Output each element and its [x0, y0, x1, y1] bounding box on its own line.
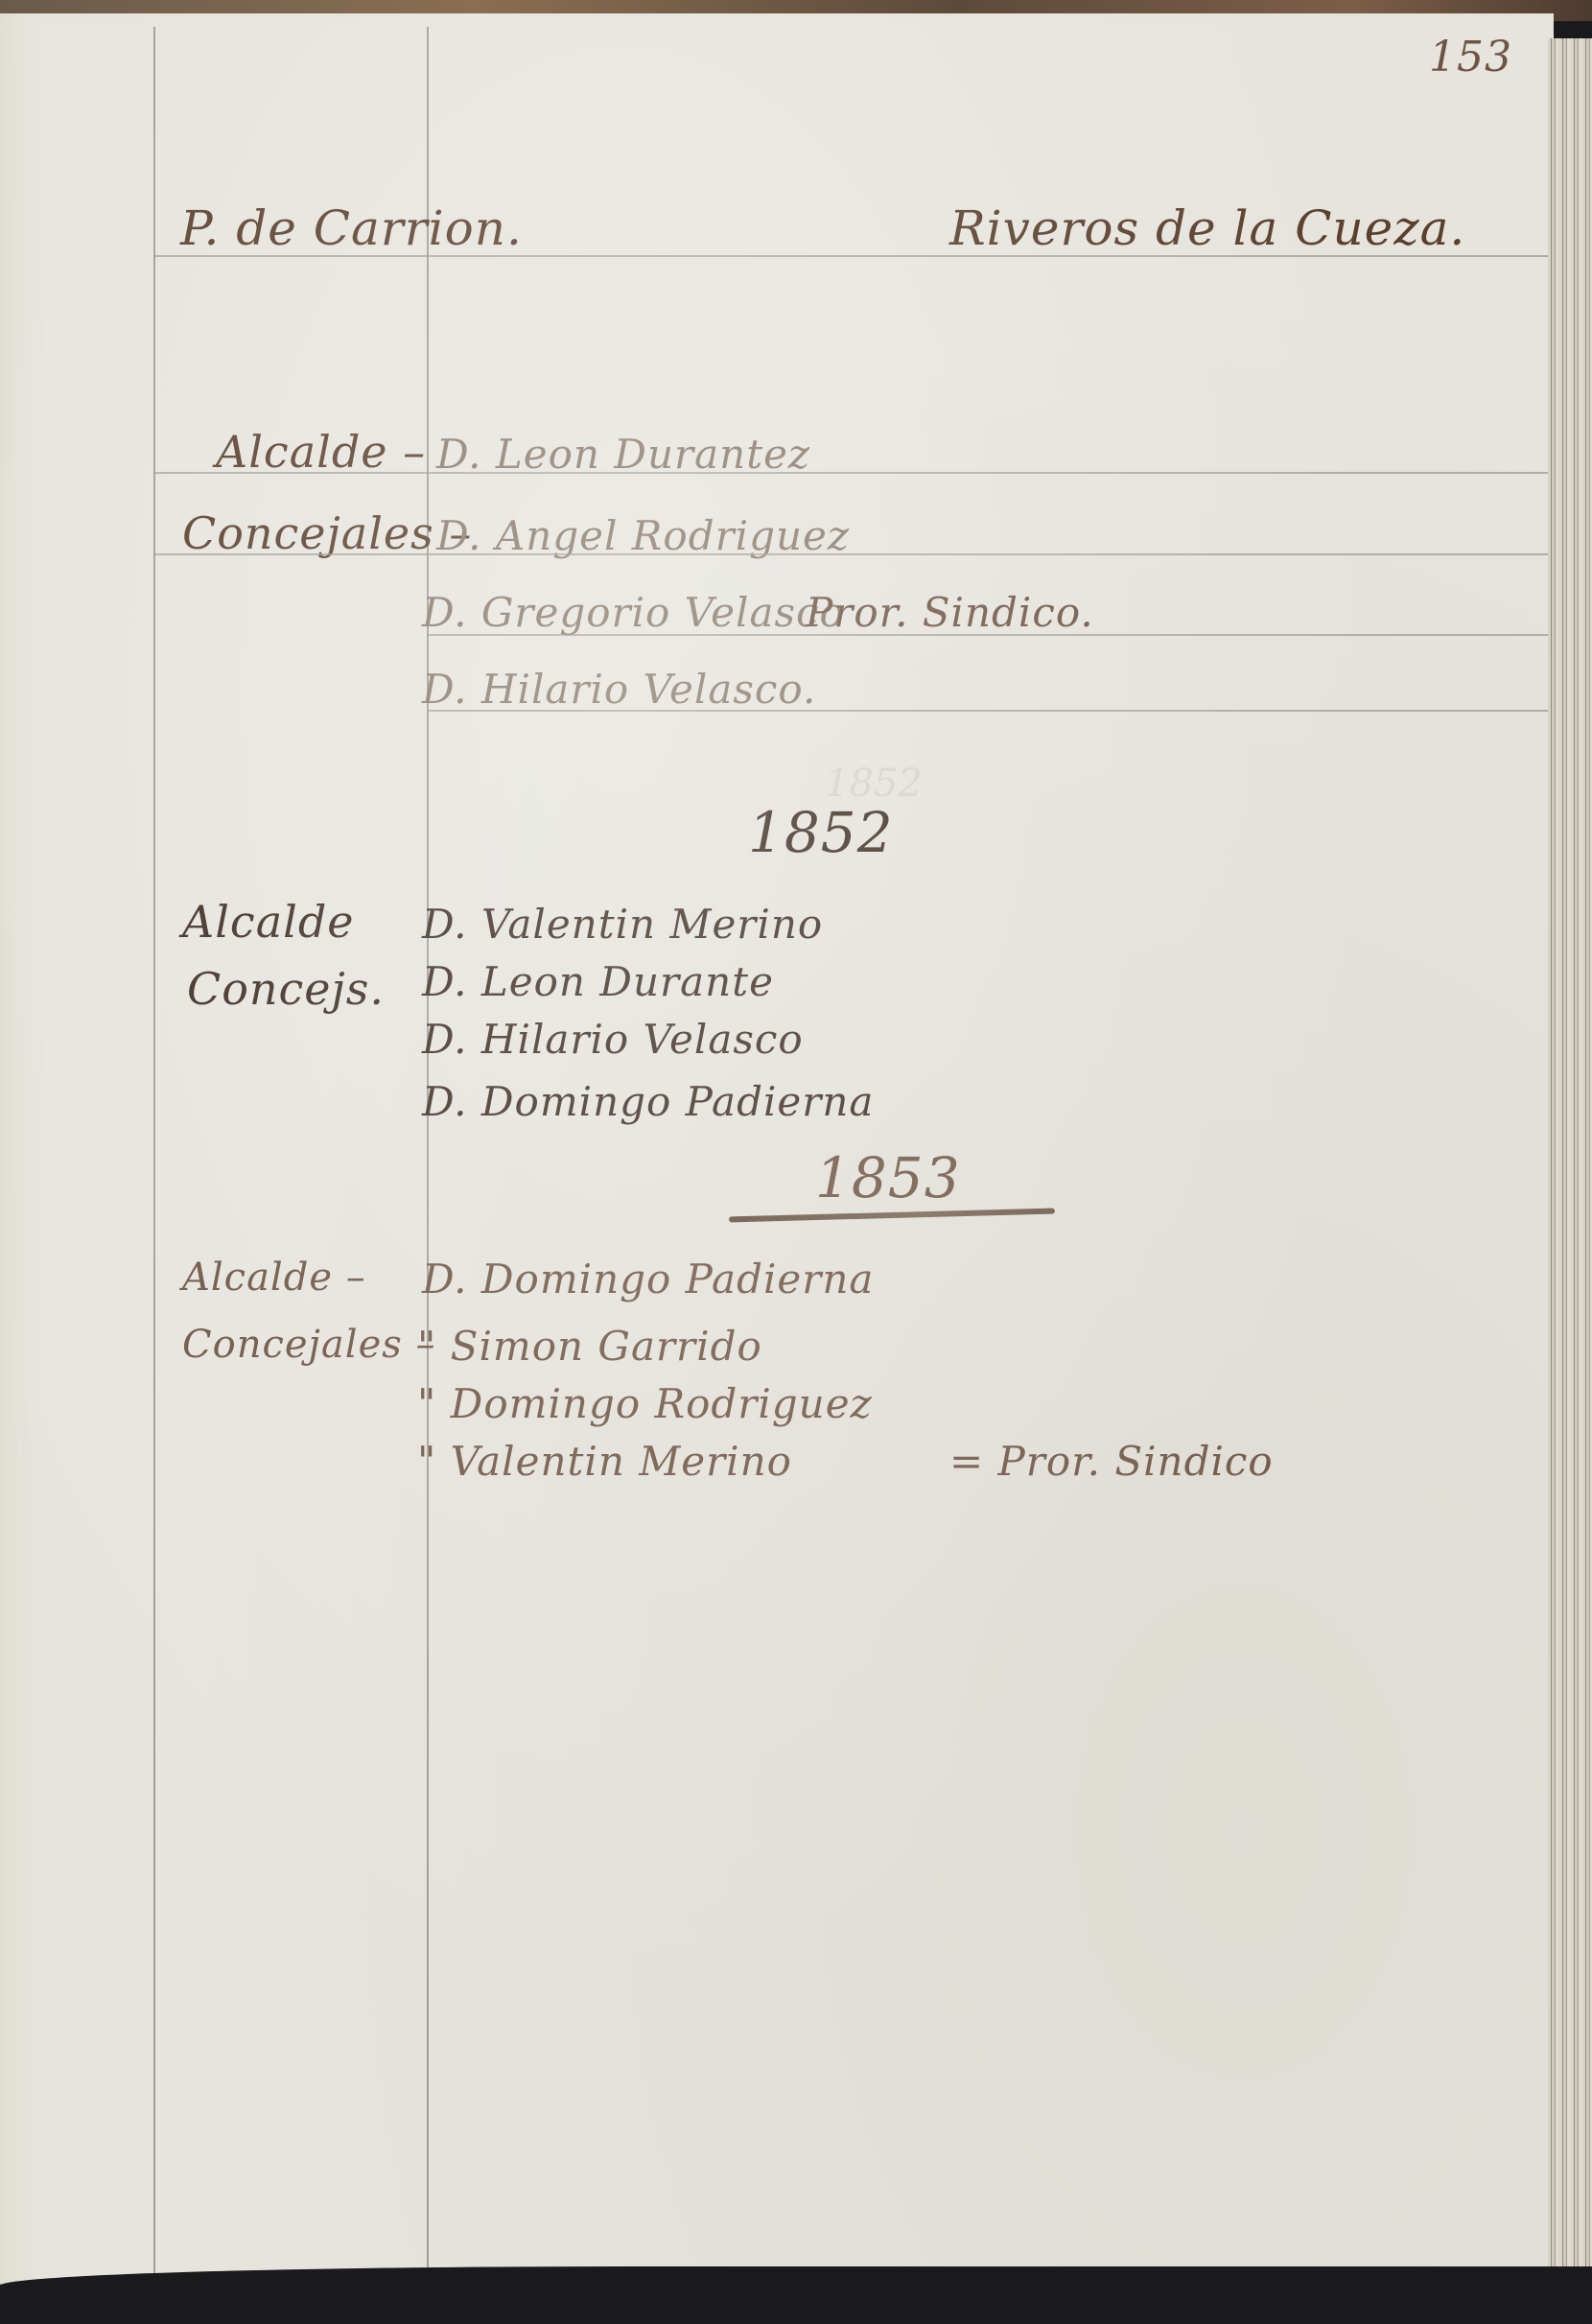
s1-concejal-1: D. Angel Rodriguez	[436, 512, 850, 559]
rule-3	[427, 634, 1549, 636]
s1853-concejal-1: " Simon Garrido	[417, 1323, 762, 1370]
s1852-concejal-3: D. Domingo Padierna	[422, 1078, 874, 1125]
margin-rule-column	[427, 27, 429, 2290]
s1852-alcalde-entry: D. Valentin Merino	[422, 901, 823, 948]
page-number: 153	[1429, 33, 1512, 82]
s1-alcalde-label: Alcalde –	[216, 426, 426, 478]
s1853-concejal-3: " Valentin Merino	[417, 1438, 792, 1485]
s1853-concejal-2: " Domingo Rodriguez	[417, 1380, 873, 1427]
s1853-concejales-label: Concejales –	[182, 1323, 435, 1367]
s1-concejal-2: D. Gregorio Velasco	[422, 589, 845, 636]
header-left-district: P. de Carrion.	[180, 200, 523, 256]
ledger-page: 153 P. de Carrion. Riveros de la Cueza. …	[0, 13, 1554, 2287]
margin-rule-left	[153, 27, 155, 2290]
s1852-concejales-label: Concejs.	[187, 963, 385, 1015]
s1853-year: 1853	[815, 1145, 961, 1210]
s1-concejal-3: D. Hilario Velasco.	[422, 666, 816, 713]
rule-1	[153, 472, 1549, 474]
s1853-sindico-note: = Pror. Sindico	[949, 1438, 1274, 1485]
rule-4	[427, 710, 1549, 712]
s1852-concejal-2: D. Hilario Velasco	[422, 1016, 804, 1063]
s1-concejales-label: Concejales –	[182, 507, 472, 559]
book-page-edges	[1548, 38, 1592, 2283]
s1853-alcalde-label: Alcalde –	[182, 1256, 366, 1300]
book-bottom-shadow	[0, 2266, 1592, 2324]
s1-alcalde-entry: D. Leon Durantez	[436, 431, 810, 478]
s1-sindico-note: Pror. Sindico.	[806, 589, 1094, 636]
s1852-alcalde-label: Alcalde	[182, 896, 355, 948]
header-right-town: Riveros de la Cueza.	[949, 200, 1465, 256]
s1853-alcalde-entry: D. Domingo Padierna	[422, 1256, 874, 1303]
s1852-concejal-1: D. Leon Durante	[422, 958, 774, 1005]
header-rule	[153, 255, 1549, 257]
rule-2	[153, 553, 1549, 555]
s1852-year: 1852	[748, 800, 894, 865]
